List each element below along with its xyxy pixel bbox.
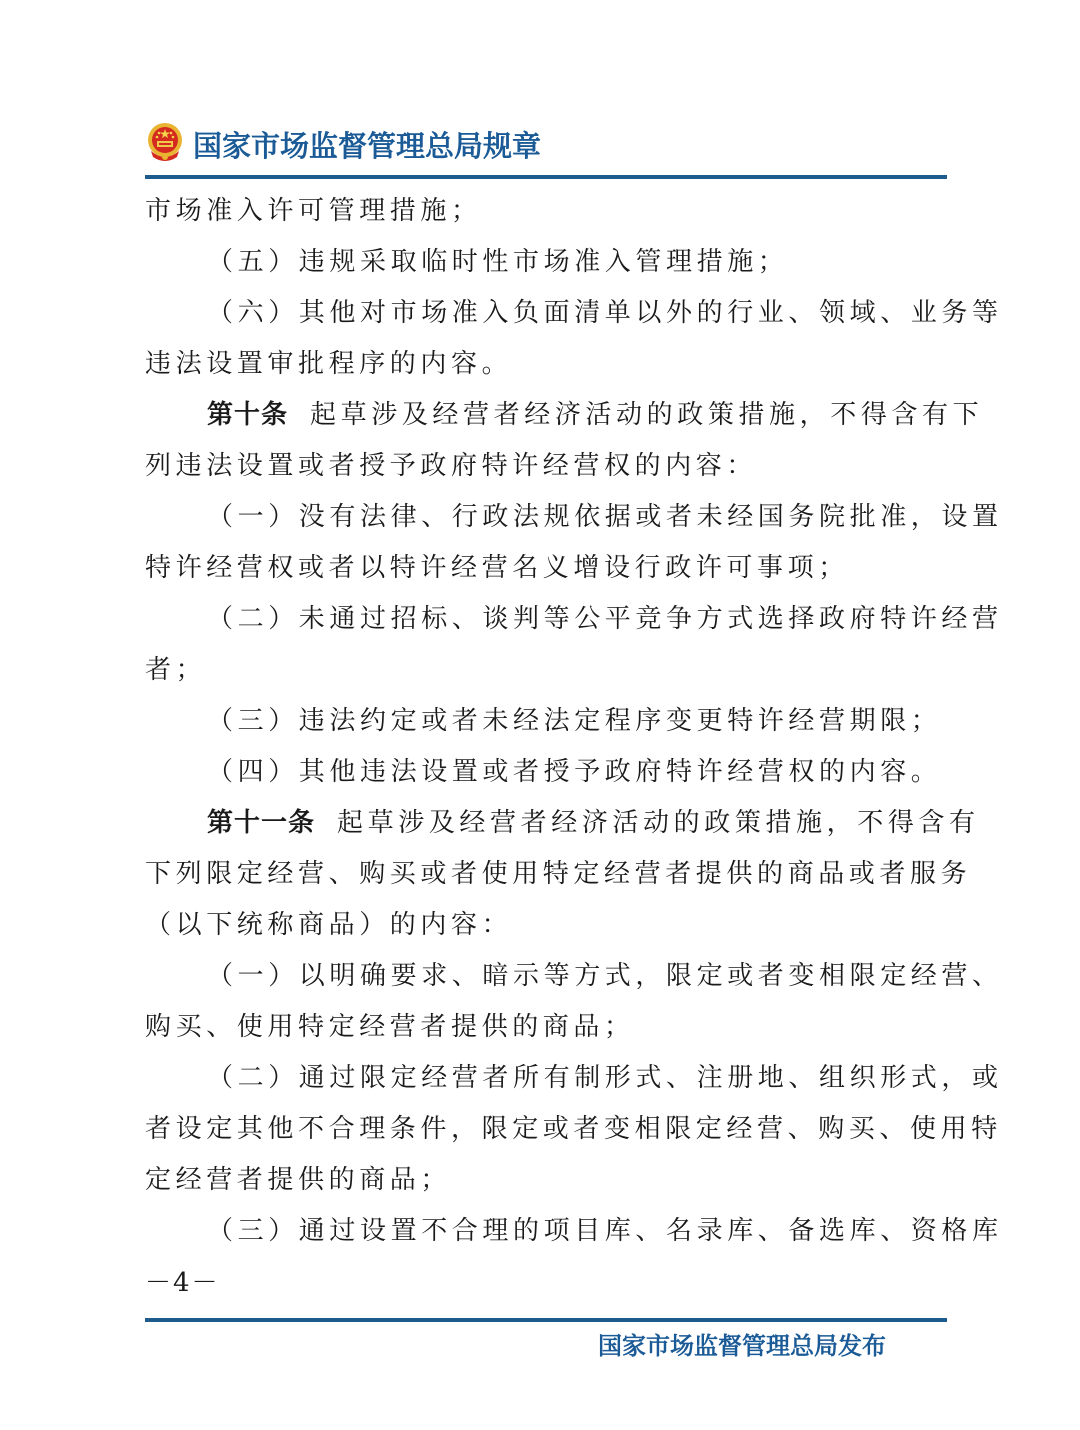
text-line: （二）通过限定经营者所有制形式、注册地、组织形式，或 bbox=[145, 1053, 947, 1104]
article-10-line: 第十条起草涉及经营者经济活动的政策措施，不得含有下 bbox=[145, 390, 947, 441]
header-divider bbox=[145, 175, 947, 179]
text-line: （四）其他违法设置或者授予政府特许经营权的内容。 bbox=[145, 747, 947, 798]
header-title: 国家市场监督管理总局规章 bbox=[193, 124, 541, 165]
text-line: （五）违规采取临时性市场准入管理措施； bbox=[145, 237, 947, 288]
text-line: （一）以明确要求、暗示等方式，限定或者变相限定经营、 bbox=[145, 951, 947, 1002]
text-line: 者； bbox=[145, 645, 947, 696]
text-line: 特许经营权或者以特许经营名义增设行政许可事项； bbox=[145, 543, 947, 594]
text-line: （以下统称商品）的内容： bbox=[145, 900, 947, 951]
article-11-line: 第十一条起草涉及经营者经济活动的政策措施，不得含有 bbox=[145, 798, 947, 849]
text-line: （三）通过设置不合理的项目库、名录库、备选库、资格库 bbox=[145, 1206, 947, 1257]
text-line: （六）其他对市场准入负面清单以外的行业、领域、业务等 bbox=[145, 288, 947, 339]
text-line: 定经营者提供的商品； bbox=[145, 1155, 947, 1206]
document-header: 国家市场监督管理总局规章 bbox=[145, 118, 541, 170]
text-line: （一）没有法律、行政法规依据或者未经国务院批准，设置 bbox=[145, 492, 947, 543]
text-span: 起草涉及经营者经济活动的政策措施，不得含有 bbox=[337, 808, 980, 838]
article-heading: 第十条 bbox=[207, 400, 288, 430]
text-span: 起草涉及经营者经济活动的政策措施，不得含有下 bbox=[310, 400, 983, 430]
footer-divider bbox=[145, 1318, 947, 1322]
footer-publisher: 国家市场监督管理总局发布 bbox=[598, 1326, 886, 1361]
text-line: 者设定其他不合理条件，限定或者变相限定经营、购买、使用特 bbox=[145, 1104, 947, 1155]
article-heading: 第十一条 bbox=[207, 808, 315, 838]
document-body: 市场准入许可管理措施； （五）违规采取临时性市场准入管理措施； （六）其他对市场… bbox=[145, 186, 947, 1257]
text-line: 列违法设置或者授予政府特许经营权的内容： bbox=[145, 441, 947, 492]
text-line: （二）未通过招标、谈判等公平竞争方式选择政府特许经营 bbox=[145, 594, 947, 645]
text-line: 市场准入许可管理措施； bbox=[145, 186, 947, 237]
national-emblem-icon bbox=[145, 121, 185, 167]
page-number: －4－ bbox=[145, 1262, 220, 1299]
text-line: （三）违法约定或者未经法定程序变更特许经营期限； bbox=[145, 696, 947, 747]
text-line: 违法设置审批程序的内容。 bbox=[145, 339, 947, 390]
text-line: 购买、使用特定经营者提供的商品； bbox=[145, 1002, 947, 1053]
text-line: 下列限定经营、购买或者使用特定经营者提供的商品或者服务 bbox=[145, 849, 947, 900]
